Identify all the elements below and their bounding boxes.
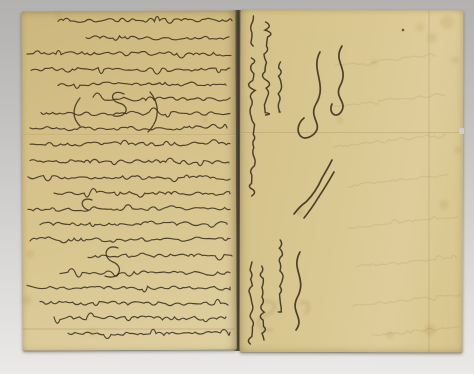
letter-photograph — [0, 0, 474, 374]
letter-page-right — [240, 10, 464, 353]
letter-page-left — [21, 11, 236, 351]
paper-edge-nick — [459, 128, 464, 134]
